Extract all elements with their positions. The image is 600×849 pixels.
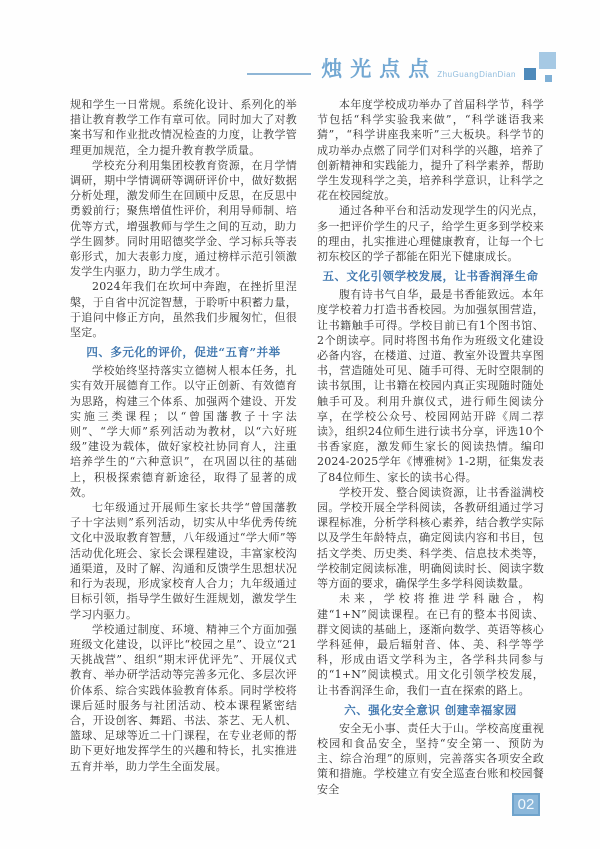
section-heading-6: 六、强化安全意识 创建幸福家园 xyxy=(317,703,544,718)
paragraph: 规和学生一日常规。系统化设计、系列化的举措让教育教学工作有章可依。同时加大了对教… xyxy=(70,97,297,158)
pixel-squares-logo-icon xyxy=(524,52,556,82)
paragraph: 学校充分利用集团校教育资源，在月学情调研，期中学情调研等调研评价中，做好数据分析… xyxy=(70,158,297,280)
masthead-pinyin: ZhuGuangDianDian xyxy=(437,70,516,79)
masthead-rule xyxy=(247,73,311,75)
article-body: 规和学生一日常规。系统化设计、系列化的举措让教育教学工作有章可依。同时加大了对教… xyxy=(0,97,600,797)
right-column: 本年度学校成功举办了首届科学节，科学节包括“科学实验我来做”，“科学谜语我来猜”… xyxy=(317,97,544,797)
paragraph: 学校始终坚持落实立德树人根本任务，扎实有效开展德育工作。以守正创新、有效德育为思… xyxy=(70,363,297,500)
paragraph: 学校开发、整合阅读资源，让书香溢满校园。学校开展全学科阅读，各教研组通过学习课程… xyxy=(317,485,544,591)
pixel-square-light xyxy=(539,52,556,69)
paragraph: 腹有诗书气自华，最是书香能致远。本年度学校着力打造书香校园。为加强氛围营造，让书… xyxy=(317,287,544,485)
pixel-square-dark xyxy=(524,68,536,80)
magazine-page: 烛光点点 ZhuGuangDianDian 规和学生一日常规。系统化设计、系列化… xyxy=(0,0,600,849)
page-number-badge: 02 xyxy=(512,793,540,816)
paragraph: 通过各种平台和活动发现学生的闪光点，多一把评价学生的尺子，给学生更多到学校来的理… xyxy=(317,203,544,264)
paragraph: 学校通过制度、环境、精神三个方面加强班级文化建设，以评比“校园之星”、设立“21… xyxy=(70,622,297,774)
paragraph: 未来，学校将推进学科融合，构建“1+N”阅读课程。在已有的整本书阅读、群文阅读的… xyxy=(317,591,544,697)
paragraph: 安全无小事、责任大于山。学校高度重视校园和食品安全，坚持“安全第一、预防为主、综… xyxy=(317,721,544,797)
section-heading-4: 四、多元化的评价，促进“五育”并举 xyxy=(70,345,297,360)
paragraph: 七年级通过开展师生家长共学“曾国藩教子十字法则”系列活动，切实从中华优秀传统文化… xyxy=(70,500,297,622)
masthead-title: 烛光点点 xyxy=(321,59,437,80)
section-heading-5: 五、文化引领学校发展，让书香润泽生命 xyxy=(317,269,544,284)
left-column: 规和学生一日常规。系统化设计、系列化的举措让教育教学工作有章可依。同时加大了对教… xyxy=(70,97,297,797)
paragraph: 本年度学校成功举办了首届科学节，科学节包括“科学实验我来做”，“科学谜语我来猜”… xyxy=(317,97,544,203)
masthead: 烛光点点 ZhuGuangDianDian xyxy=(0,50,556,82)
paragraph: 2024年我们在坎坷中奔跑，在挫折里涅槃，于自省中沉淀智慧，于聆听中积蓄力量，于… xyxy=(70,279,297,340)
pixel-square-small xyxy=(545,75,552,82)
